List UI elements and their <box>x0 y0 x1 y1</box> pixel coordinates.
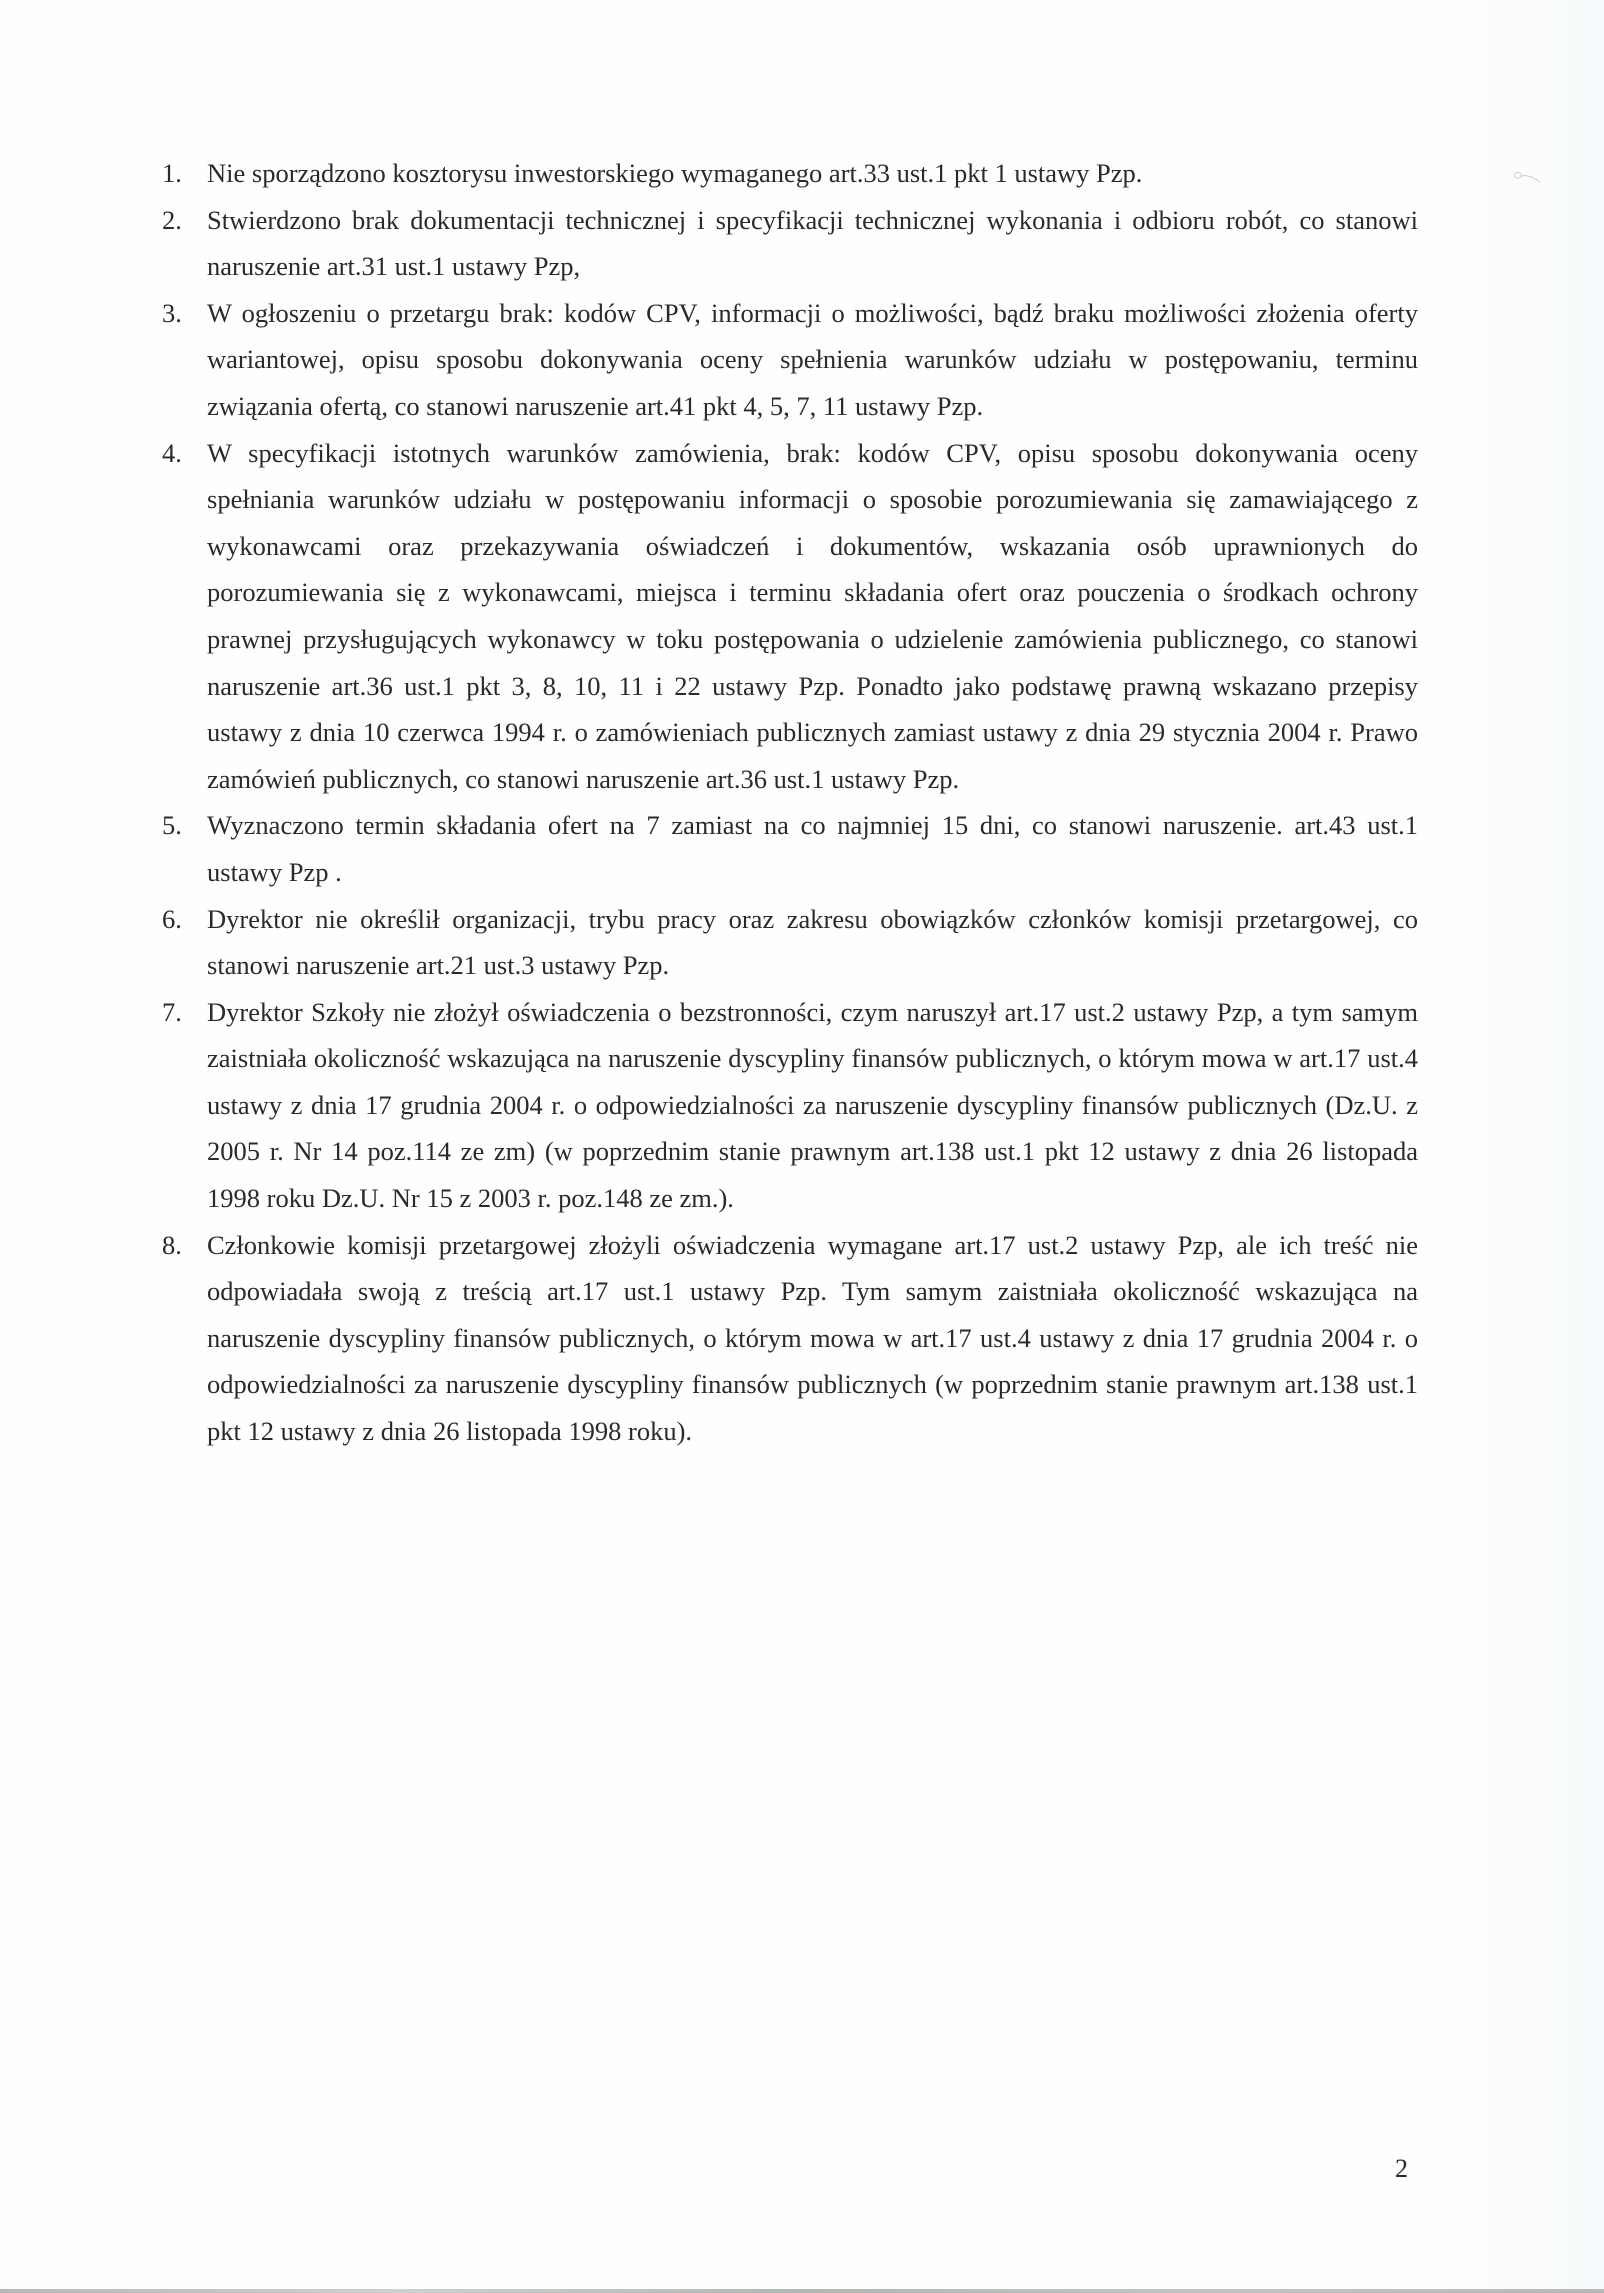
findings-list: 1. Nie sporządzono kosztorysu inwestorsk… <box>162 150 1418 1455</box>
finding-item-1: 1. Nie sporządzono kosztorysu inwestorsk… <box>162 150 1418 197</box>
finding-item-5: 5. Wyznaczono termin składania ofert na … <box>162 802 1418 895</box>
item-number: 7. <box>162 989 182 1036</box>
item-text: Członkowie komisji przetargowej złożyli … <box>207 1230 1418 1446</box>
finding-item-6: 6. Dyrektor nie określił organizacji, tr… <box>162 896 1418 989</box>
page-number: 2 <box>1395 2154 1408 2184</box>
scan-edge <box>0 2289 1604 2293</box>
item-text: Stwierdzono brak dokumentacji techniczne… <box>207 205 1418 282</box>
item-text: Wyznaczono termin składania ofert na 7 z… <box>207 810 1418 887</box>
item-text: Dyrektor nie określił organizacji, trybu… <box>207 904 1418 981</box>
item-number: 4. <box>162 430 182 477</box>
pencil-mark-icon <box>1512 170 1542 184</box>
item-number: 6. <box>162 896 182 943</box>
finding-item-2: 2. Stwierdzono brak dokumentacji technic… <box>162 197 1418 290</box>
finding-item-4: 4. W specyfikacji istotnych warunków zam… <box>162 430 1418 803</box>
item-number: 1. <box>162 150 182 197</box>
finding-item-7: 7. Dyrektor Szkoły nie złożył oświadczen… <box>162 989 1418 1222</box>
item-number: 5. <box>162 802 182 849</box>
finding-item-3: 3. W ogłoszeniu o przetargu brak: kodów … <box>162 290 1418 430</box>
item-number: 8. <box>162 1222 182 1269</box>
finding-item-8: 8. Członkowie komisji przetargowej złoży… <box>162 1222 1418 1455</box>
item-number: 3. <box>162 290 182 337</box>
item-number: 2. <box>162 197 182 244</box>
item-text: Nie sporządzono kosztorysu inwestorskieg… <box>207 158 1142 188</box>
item-text: W ogłoszeniu o przetargu brak: kodów CPV… <box>207 298 1418 421</box>
item-text: W specyfikacji istotnych warunków zamówi… <box>207 438 1418 794</box>
scanned-page: 1. Nie sporządzono kosztorysu inwestorsk… <box>0 0 1604 2293</box>
document-body: 1. Nie sporządzono kosztorysu inwestorsk… <box>162 150 1418 1455</box>
item-text: Dyrektor Szkoły nie złożył oświadczenia … <box>207 997 1418 1213</box>
scan-tint <box>1424 0 1604 2293</box>
